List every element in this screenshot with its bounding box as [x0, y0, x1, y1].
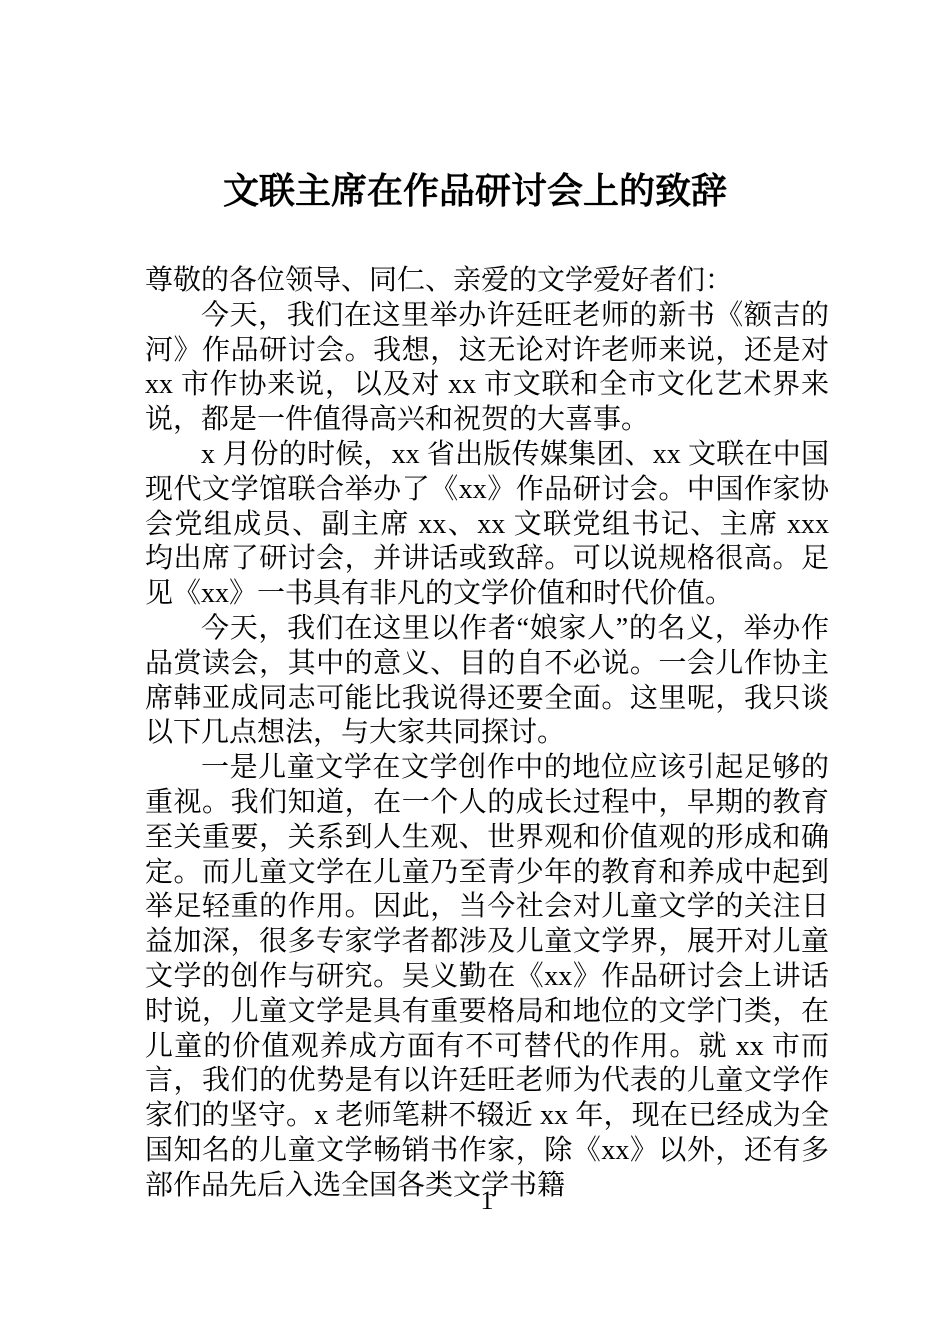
document-title: 文联主席在作品研讨会上的致辞 [0, 168, 950, 214]
paragraph-purpose: 今天，我们在这里以作者“娘家人”的名义，举办作品赏读会，其中的意义、目的自不必说… [145, 612, 829, 751]
paragraph-prior-seminar: x 月份的时候，xx 省出版传媒集团、xx 文联在中国现代文学馆联合举办了《xx… [145, 438, 829, 612]
document-body: 尊敬的各位领导、同仁、亲爱的文学爱好者们： 今天，我们在这里举办许廷旺老师的新书… [145, 264, 829, 1204]
page-number: 1 [481, 1186, 494, 1215]
paragraph-opening: 今天，我们在这里举办许廷旺老师的新书《额吉的河》作品研讨会。我想，这无论对许老师… [145, 299, 829, 438]
salutation-line: 尊敬的各位领导、同仁、亲爱的文学爱好者们： [145, 264, 829, 299]
document-page: 文联主席在作品研讨会上的致辞 尊敬的各位领导、同仁、亲爱的文学爱好者们： 今天，… [0, 0, 950, 1344]
paragraph-point-one: 一是儿童文学在文学创作中的地位应该引起足够的重视。我们知道，在一个人的成长过程中… [145, 751, 829, 1203]
page-footer: 1 [145, 1186, 829, 1216]
